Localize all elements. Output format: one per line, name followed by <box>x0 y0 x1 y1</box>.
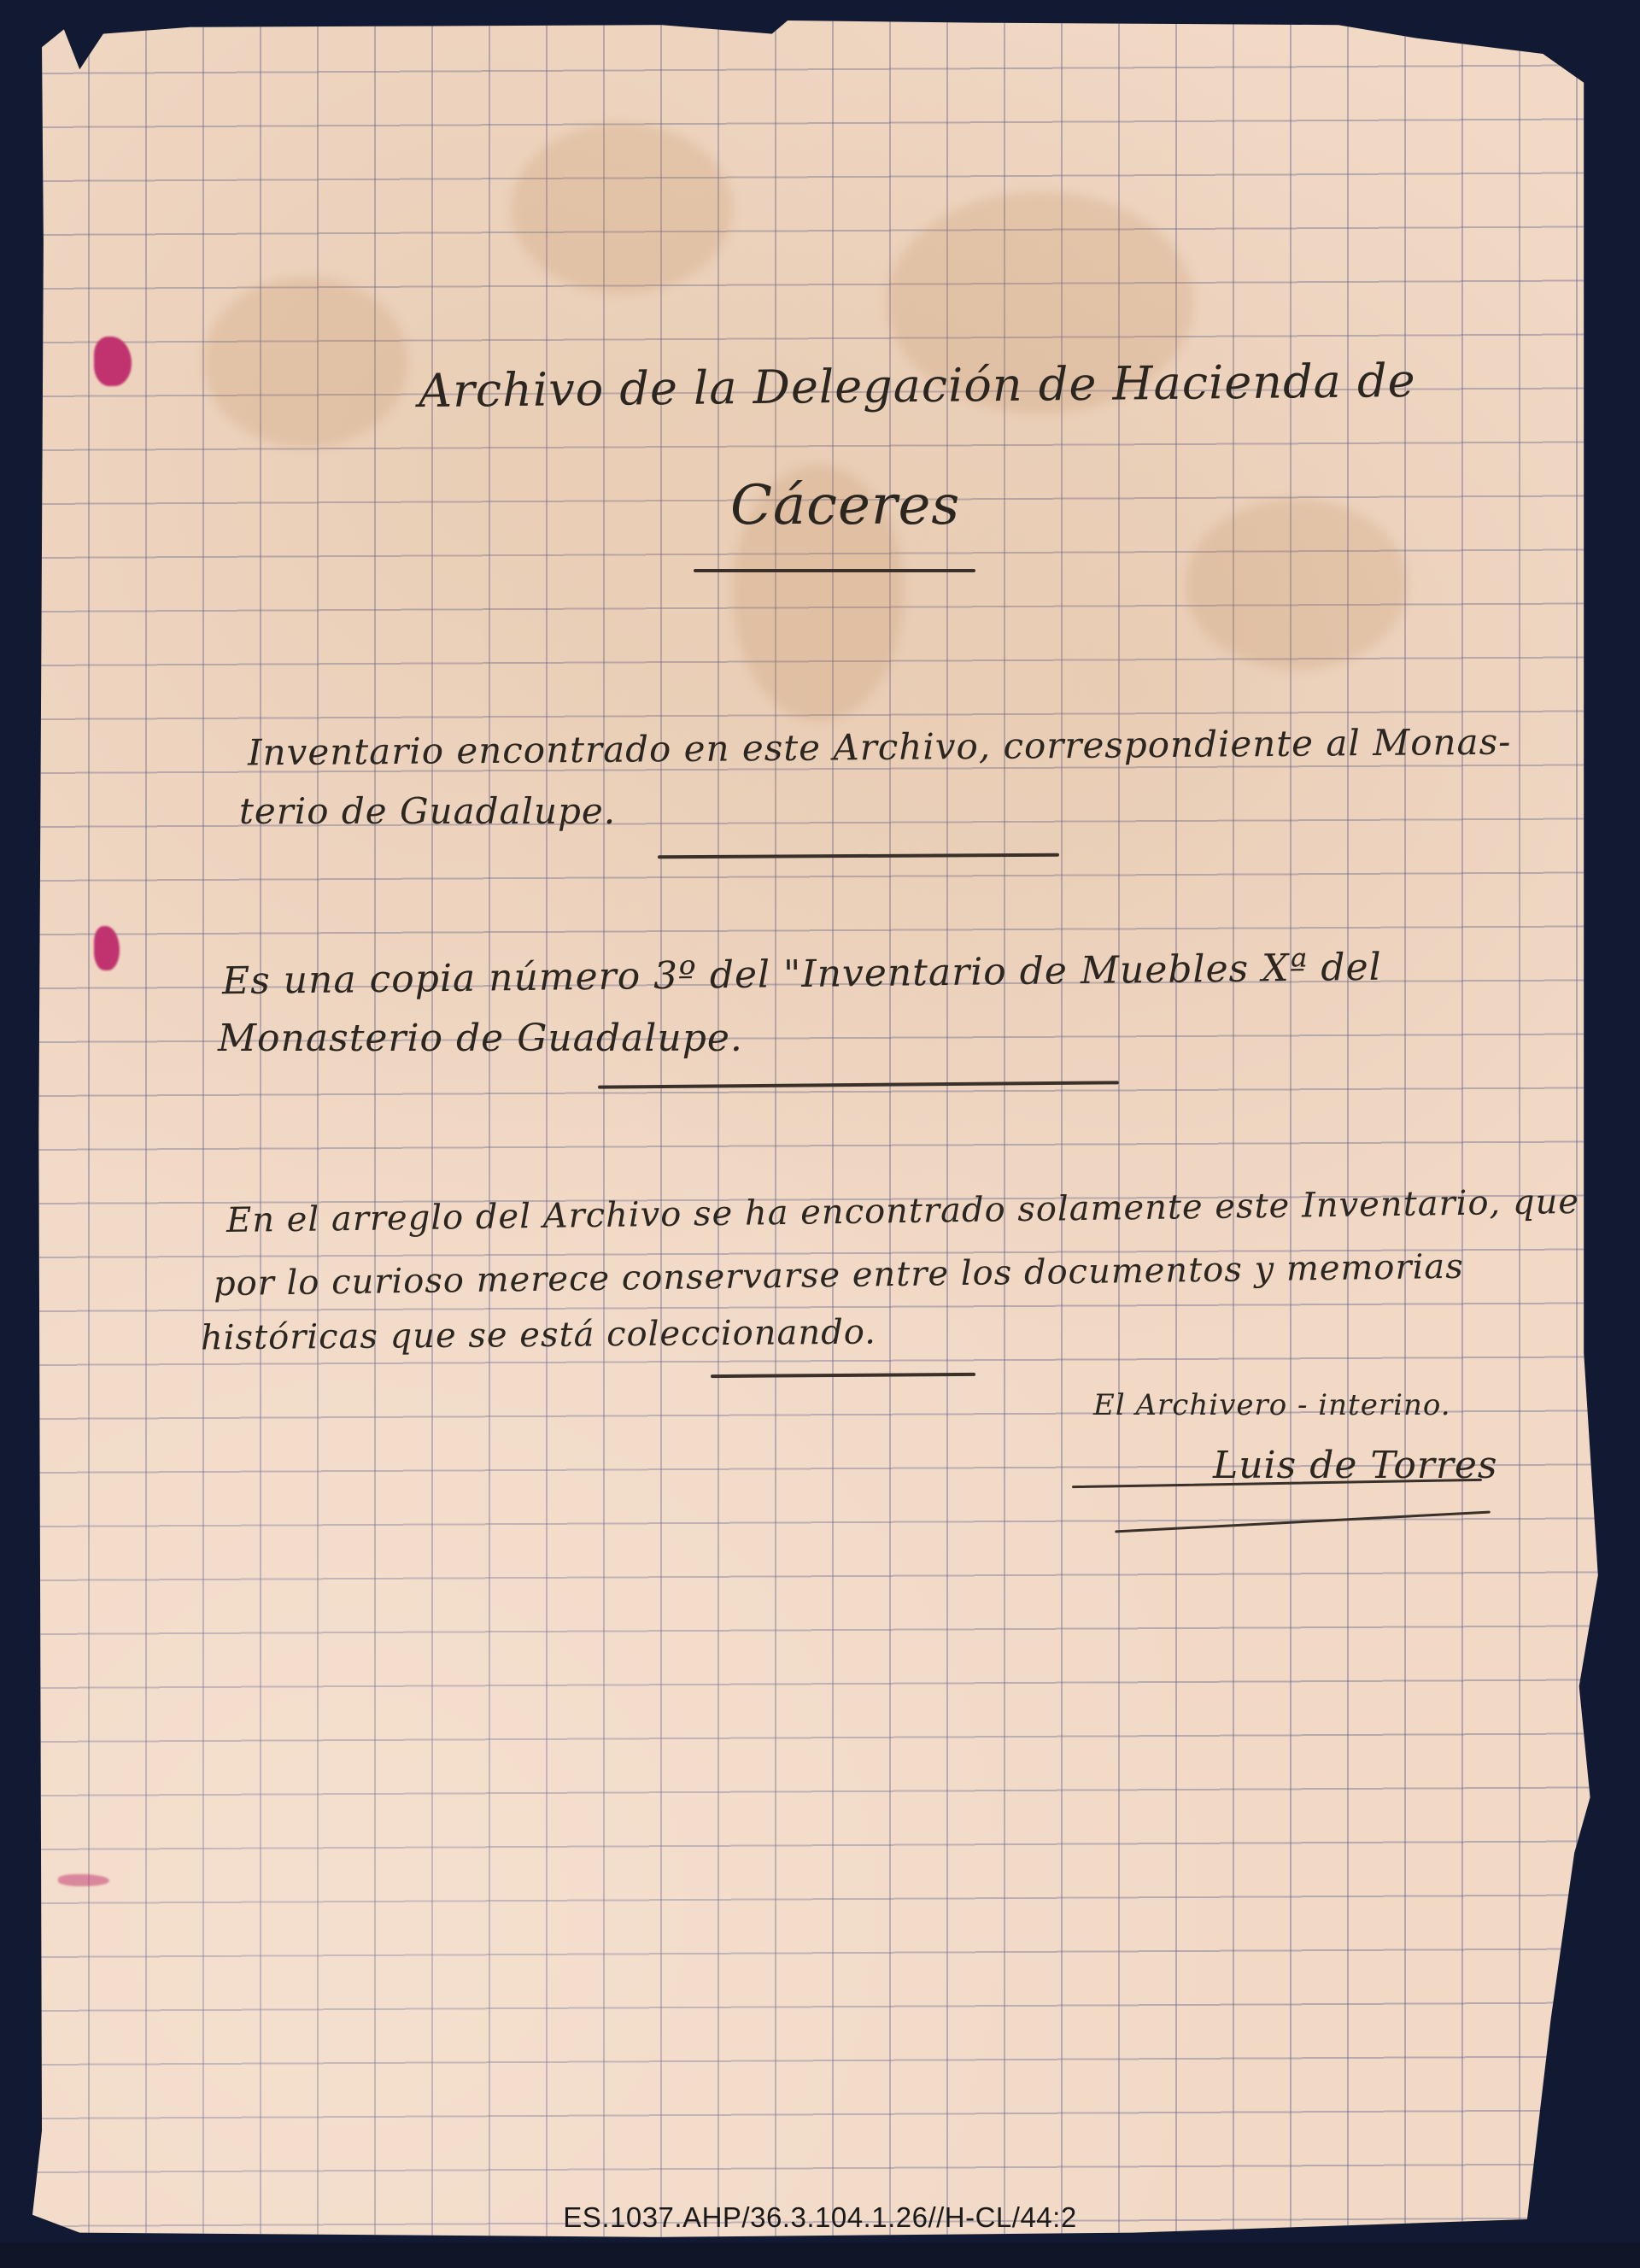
red-stain-tear <box>94 926 120 970</box>
foxing-stain <box>511 123 733 294</box>
foxing-stain <box>203 277 408 448</box>
red-stain-tear <box>58 1874 109 1886</box>
heading-line-1: Archivo de la Delegación de Hacienda de <box>419 354 1416 418</box>
paragraph-1-line-2: terio de Guadalupe. <box>239 790 616 832</box>
red-stain-tear <box>94 337 132 386</box>
paragraph-3-line-3: históricas que se está coleccionando. <box>201 1313 876 1358</box>
scan-background-edge <box>0 2242 1640 2268</box>
heading-city: Cáceres <box>730 474 960 537</box>
signature-role: El Archivero - interino. <box>1093 1388 1451 1422</box>
archival-reference-code: ES.1037.AHP/36.3.104.1.26//H-CL/44:2 <box>0 2201 1640 2234</box>
paragraph-2-line-2: Monasterio de Guadalupe. <box>218 1017 743 1060</box>
heading-underline <box>694 569 975 572</box>
foxing-stain <box>1186 499 1408 670</box>
